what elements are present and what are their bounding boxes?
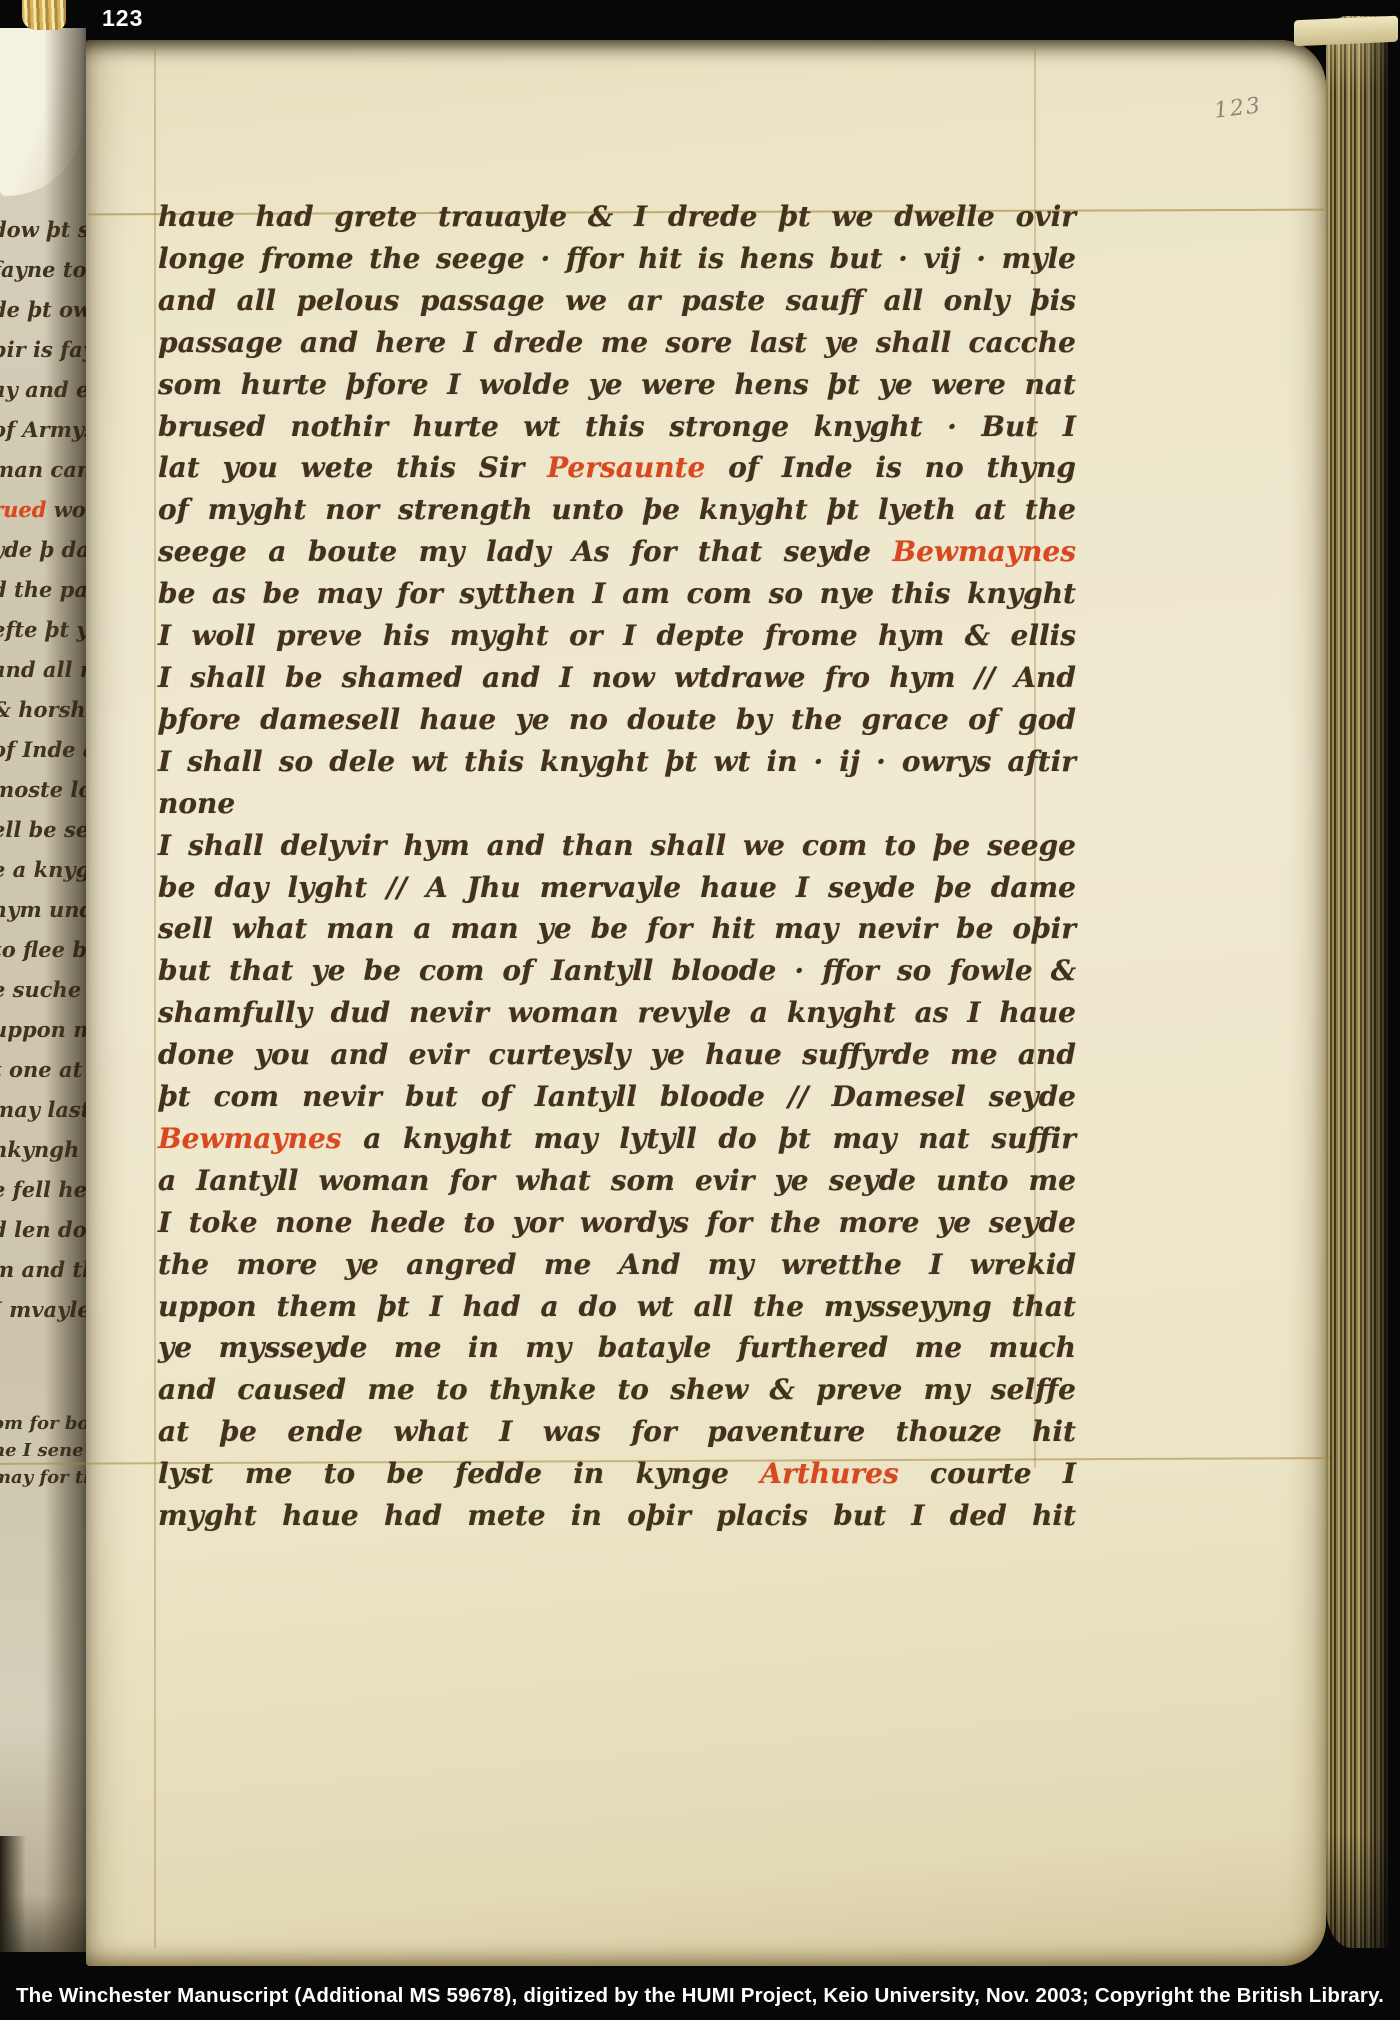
ruling-line-left: [154, 48, 156, 1948]
manuscript-line: passage and here I drede me sore last ye…: [158, 322, 1076, 364]
caption: The Winchester Manuscript (Additional MS…: [0, 1984, 1400, 2008]
manuscript-line: lat you wete this Sir Persaunte of Inde …: [158, 447, 1076, 489]
manuscript-line: sell what man a man ye be for hit may ne…: [158, 908, 1076, 950]
manuscript-line: ye mysseyde me in my batayle furthered m…: [158, 1327, 1076, 1369]
manuscript-line: Bewmaynes a knyght may lytyll do þt may …: [158, 1118, 1076, 1160]
manuscript-line: I shall delyvir hym and than shall we co…: [158, 825, 1076, 867]
manuscript-line: the more ye angred me And my wretthe I w…: [158, 1244, 1076, 1286]
manuscript-line: of myght nor strength unto þe knyght þt …: [158, 489, 1076, 531]
manuscript-line: and all pelous passage we ar paste sauff…: [158, 280, 1076, 322]
page-edge-top-band: [1294, 16, 1398, 47]
manuscript-line: som hurte þfore I wolde ye were hens þt …: [158, 364, 1076, 406]
gutter-dark-wedge: [0, 1836, 26, 1952]
manuscript-line: I woll preve his myght or I depte frome …: [158, 615, 1076, 657]
manuscript-line: shamfully dud nevir woman revyle a knygh…: [158, 992, 1076, 1034]
image-page-number: 123: [102, 5, 143, 32]
photo-canvas: 123 dow þt serued nowfayne to be heildde…: [0, 0, 1400, 2020]
manuscript-line: but that ye be com of Iantyll bloode · f…: [158, 950, 1076, 992]
manuscript-line: þt com nevir but of Iantyll bloode // Da…: [158, 1076, 1076, 1118]
manuscript-line: uppon them þt I had a do wt all the myss…: [158, 1286, 1076, 1328]
manuscript-text: haue had grete trauayle & I drede þt we …: [158, 196, 1076, 1537]
manuscript-line: brused nothir hurte wt this stronge knyg…: [158, 406, 1076, 448]
manuscript-page: 123 haue had grete trauayle & I drede þt…: [86, 40, 1326, 1966]
manuscript-line: done you and evir curteysly ye haue suff…: [158, 1034, 1076, 1076]
manuscript-line: longe frome the seege · ffor hit is hens…: [158, 238, 1076, 280]
manuscript-line: seege a boute my lady As for that seyde …: [158, 531, 1076, 573]
manuscript-line: a Iantyll woman for what som evir ye sey…: [158, 1160, 1076, 1202]
manuscript-line: be as be may for sytthen I am com so nye…: [158, 573, 1076, 615]
manuscript-line: be day lyght // A Jhu mervayle haue I se…: [158, 867, 1076, 909]
manuscript-line: I shall so dele wt this knyght þt wt in …: [158, 741, 1076, 825]
folio-number: 123: [1213, 93, 1264, 124]
manuscript-line: haue had grete trauayle & I drede þt we …: [158, 196, 1076, 238]
manuscript-line: þfore damesell haue ye no doute by the g…: [158, 699, 1076, 741]
manuscript-line: I toke none hede to yor wordys for the m…: [158, 1202, 1076, 1244]
manuscript-line: I shall be shamed and I now wtdrawe fro …: [158, 657, 1076, 699]
manuscript-line: lyst me to be fedde in kynge Arthures co…: [158, 1453, 1076, 1495]
book-fore-edge: [1326, 16, 1388, 1948]
headband-stripes: [22, 0, 66, 30]
manuscript-line: myght haue had mete in oþir placis but I…: [158, 1495, 1076, 1537]
gutter-shadow: [44, 28, 86, 1952]
manuscript-line: at þe ende what I was for paventure thou…: [158, 1411, 1076, 1453]
manuscript-line: and caused me to thynke to shew & preve …: [158, 1369, 1076, 1411]
